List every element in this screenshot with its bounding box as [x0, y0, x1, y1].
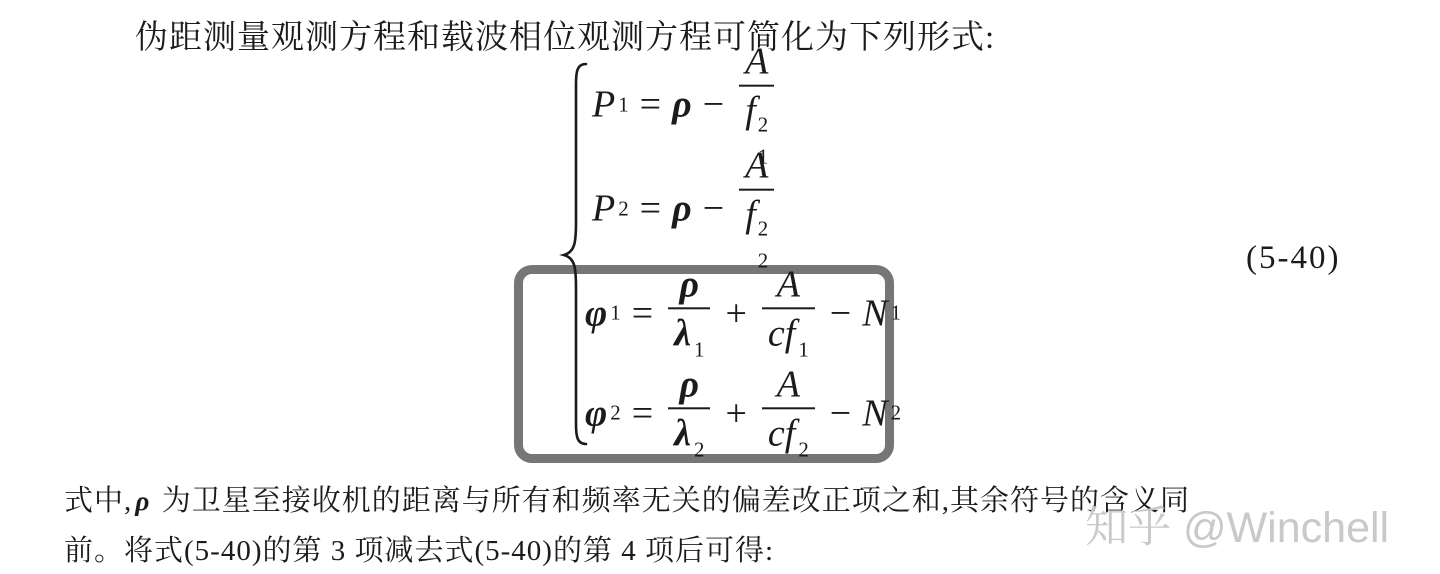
phi2-fraction-1: ρ λ2: [668, 365, 710, 460]
plus-sign: +: [725, 294, 746, 332]
left-brace-icon: [556, 60, 590, 448]
phi1-frac2-num: A: [771, 265, 806, 307]
p1-lhs-sub: 1: [618, 95, 628, 116]
phi1-frac1-den: λ1: [668, 309, 710, 360]
document-page: 伪距测量观测方程和载波相位观测方程可简化为下列形式: P1 = ρ − A f2…: [0, 0, 1440, 574]
phi1-frac2-den: cf1: [762, 309, 815, 360]
phi1-lhs-sub: 1: [610, 303, 620, 324]
equals-sign: =: [632, 294, 653, 332]
phi2-frac1-num: ρ: [674, 365, 706, 407]
equals-sign: =: [640, 190, 661, 228]
p2-lhs-sub: 2: [618, 199, 628, 220]
paragraph-line-1-post: 为卫星至接收机的距离与所有和频率无关的偏差改正项之和,其余符号的含义同: [153, 485, 1190, 517]
minus-sign: −: [830, 394, 851, 432]
phi2-frac2-den: cf2: [762, 409, 815, 460]
phi1-tail: N: [862, 294, 887, 332]
p2-fraction: A f22: [739, 147, 774, 272]
phi2-frac1-den: λ2: [668, 409, 710, 460]
p2-frac-den: f22: [739, 191, 774, 272]
p2-frac-num: A: [739, 147, 774, 189]
p1-lhs: P: [592, 86, 615, 124]
phi1-fraction-1: ρ λ1: [668, 265, 710, 360]
phi2-frac2-num: A: [771, 365, 806, 407]
phi2-tail: N: [862, 394, 887, 432]
p1-rho: ρ: [672, 86, 692, 124]
paragraph-line-1: 式中,ρ 为卫星至接收机的距离与所有和频率无关的偏差改正项之和,其余符号的含义同: [64, 478, 1190, 519]
p1-frac-num: A: [739, 43, 774, 85]
phi1-fraction-2: A cf1: [762, 265, 815, 360]
plus-sign: +: [725, 394, 746, 432]
p2-lhs: P: [592, 190, 615, 228]
equals-sign: =: [640, 86, 661, 124]
equals-sign: =: [632, 394, 653, 432]
phi2-fraction-2: A cf2: [762, 365, 815, 460]
p2-rho: ρ: [672, 190, 692, 228]
watermark: 知乎 @Winchell: [1085, 494, 1389, 555]
intro-sentence: 伪距测量观测方程和载波相位观测方程可简化为下列形式:: [135, 11, 995, 58]
phi2-tail-sub: 2: [891, 403, 901, 424]
inline-rho-symbol: ρ: [132, 485, 153, 516]
paragraph-line-1-pre: 式中,: [64, 485, 132, 517]
phi2-lhs-sub: 2: [610, 403, 620, 424]
minus-sign: −: [703, 86, 724, 124]
equation-p2: P2 = ρ − A f22: [592, 147, 778, 272]
phi1-frac1-num: ρ: [674, 265, 706, 307]
phi1-tail-sub: 1: [891, 303, 901, 324]
minus-sign: −: [703, 190, 724, 228]
equation-phi2: φ2 = ρ λ2 + A cf2 − N2: [585, 365, 901, 460]
paragraph-line-2: 前。将式(5-40)的第 3 项减去式(5-40)的第 4 项后可得:: [64, 528, 774, 569]
equation-number: (5-40): [1246, 240, 1340, 277]
minus-sign: −: [830, 294, 851, 332]
equation-phi1: φ1 = ρ λ1 + A cf1 − N1: [585, 265, 901, 360]
